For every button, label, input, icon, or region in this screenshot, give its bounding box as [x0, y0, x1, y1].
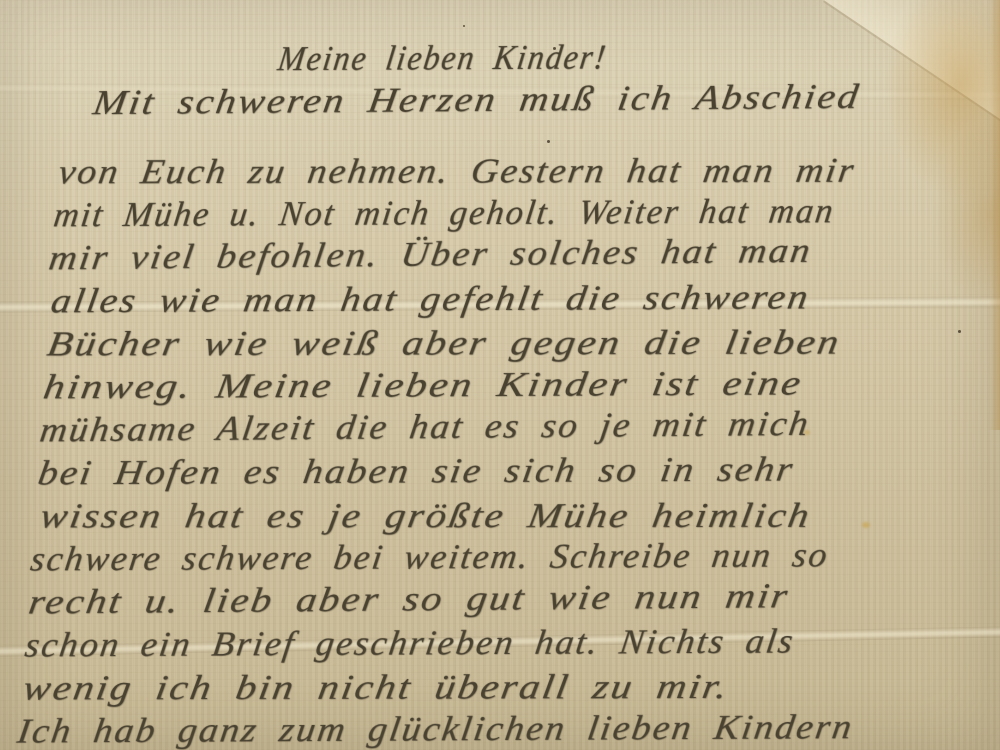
letter-line: recht u. lieb aber so gut wie nun mir [26, 571, 1000, 623]
ink-speck [463, 25, 465, 27]
letter-line: wenig ich bin nicht überall zu mir. [20, 664, 1000, 710]
letter-line: von Euch zu nehmen. Gestern hat man mir [56, 148, 1000, 193]
letter-line: wissen hat es je größte Mühe heimlich [37, 494, 1000, 538]
letter-body: Meine lieben Kinder! Mit schweren Herzen… [0, 33, 1000, 750]
letter-line-partial: Ich hab ganz zum glücklichen lieben Kind… [15, 704, 1000, 750]
letter-line: Mit schweren Herzen muß ich Abschied [90, 73, 1000, 125]
letter-line: bei Hofen es haben sie sich so in sehr [35, 446, 1000, 495]
letter-photo: Meine lieben Kinder! Mit schweren Herzen… [0, 0, 1000, 750]
letter-line: schon ein Brief geschrieben hat. Nichts … [22, 618, 1000, 666]
salutation-line: Meine lieben Kinder! [275, 34, 943, 81]
letter-line: mühsame Alzeit die hat es so je mit mich [37, 400, 1000, 452]
letter-line: alles wie man hat gefehlt die schweren [48, 274, 1000, 323]
letter-line: Bücher wie weiß aber gegen die lieben [44, 320, 1000, 366]
